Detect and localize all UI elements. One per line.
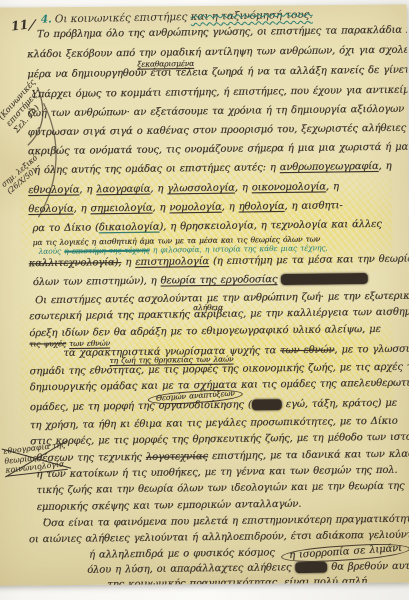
- text-segment: στις κορφές, με τις μορφές της θρησκευτι…: [30, 431, 409, 447]
- manuscript-lines: Το πρόβλημα όλο της ανθρώπινης γνώσης, ο…: [0, 4, 407, 7]
- section-title-correction: και η ταξινόμησή τους.: [191, 9, 313, 23]
- text-segment: ή όλης αυτής της ομάδας οι επιστήμες αυτ…: [34, 162, 280, 176]
- text-segment: κλάδοι ξεκόβουν από την ομαδική αντίληψη…: [27, 44, 409, 60]
- text-segment: , η: [222, 201, 239, 212]
- text-segment: και άλλες ακόμα: [281, 273, 367, 285]
- text-segment: ανθρωπογεωγραφία: [280, 161, 379, 173]
- text-segment: ακριβώς τα ονόματά τους, τις ονομάζουνε …: [28, 141, 409, 157]
- manuscript-line: της κοινωνικής πραγματικότητας, είναι πο…: [107, 576, 370, 586]
- manuscript-line: φύτρωσαν σιγά σιγά ο καθένας στον προορι…: [28, 122, 409, 139]
- text-segment: οικονομολογία: [252, 181, 326, 193]
- manuscript-paper: 11/ 4. Οι κοινωνικές επιστήμες και η ταξ…: [0, 4, 409, 585]
- text-segment: λαογραφία: [96, 184, 150, 196]
- text-segment: (η επιστήμη με τα μέσα και την θεωρία: [209, 253, 409, 267]
- text-segment: , η: [150, 183, 167, 194]
- text-segment: εσωτερική μεριά της πρακτικής ακρίβειας,…: [29, 306, 409, 322]
- text-segment: νομολογία: [169, 202, 221, 214]
- text-segment: , με το γλωσσικό: [334, 343, 409, 355]
- manuscript-line: θέσεων της τεχνικής λογοτεχνίας επιστήμη…: [36, 448, 409, 464]
- text-segment: θέσεων της τεχνικής: [36, 452, 146, 464]
- text-segment: σημειολογία: [90, 203, 152, 215]
- manuscript-line: όλου η λύση, οι απαράλλαχτες αλήθειες ακ…: [87, 560, 409, 576]
- text-segment: όλου η λύση, οι απαράλλαχτες αλήθειες: [87, 562, 295, 576]
- text-segment: η επιστήμη της τέχνης: [64, 246, 149, 256]
- manuscript-line: στις κορφές, με τις μορφές της θρησκευτι…: [30, 431, 409, 448]
- text-segment: επιστημολογία: [135, 256, 209, 268]
- text-segment: , η: [73, 203, 90, 214]
- manuscript-line: ζωή των ανθρώπων· αν εξετάσουμε τα χρόνι…: [28, 103, 409, 120]
- text-segment: των εθνών: [280, 345, 334, 357]
- text-segment: θα βρεθούν αυτό έδειξε: [327, 560, 409, 573]
- manuscript-line: Το πρόβλημα όλο της ανθρώπινης γνώσης, ο…: [37, 24, 409, 41]
- text-segment: Όσα είναι τα φαινόμενα που μελετά η επισ…: [43, 513, 409, 529]
- manuscript-line: ή όλης αυτής της ομάδας οι επιστήμες αυτ…: [34, 161, 392, 177]
- text-segment: εθνολογία: [28, 184, 79, 196]
- text-segment: η φιλοσοφία, η ιστορία της κάθε μιας τέχ…: [150, 243, 328, 254]
- text-segment: δικαιολογία: [99, 222, 160, 234]
- manuscript-line: τικής ζωής και την θεωρία όλων των ιδεολ…: [36, 481, 404, 497]
- page-number-value: 11: [10, 17, 29, 34]
- scanned-manuscript-page: { "document": { "page_number": "11", "pa…: [0, 0, 409, 600]
- text-segment: της κοινωνικής πραγματικότητας, είναι πο…: [107, 576, 370, 586]
- text-segment: μέρα να δημιουργηθούν έτσι τέλεια ζωηρά …: [27, 64, 409, 80]
- page-number-slash: /: [29, 15, 36, 34]
- manuscript-line: όρεξη ιδίων δεν θα αδράξη με το εθιμογεω…: [29, 324, 381, 340]
- section-number: 4.: [41, 13, 52, 25]
- text-segment: , η: [235, 182, 252, 193]
- text-segment: ηθολογία: [239, 201, 285, 213]
- text-segment: , η: [326, 181, 339, 192]
- text-segment: ρα το Δίκιο (: [32, 222, 98, 234]
- manuscript-line: ρα το Δίκιο (δικαιολογία), η θρησκειολογ…: [32, 219, 381, 235]
- manuscript-line: ή των κατοίκων ή τις υποθήκες, με τη γέν…: [36, 465, 397, 481]
- text-segment: , η: [152, 202, 169, 213]
- manuscript-line: ή αλληλεπιδρά με ο φυσικός κόσμος η ισορ…: [89, 545, 409, 563]
- text-segment: όλων των επιστημών), η: [33, 275, 161, 288]
- text-segment: Υπάρχει όμως το κομμάτι επιστήμης, ή επι…: [31, 84, 409, 100]
- text-segment: σημάδι της εθνότητας, με τις μορφές της …: [30, 361, 409, 377]
- text-segment: ακόμα: [295, 562, 327, 573]
- text-segment: ), η θρησκειολογία, η τεχνολογία και άλλ…: [159, 219, 381, 233]
- text-segment: η: [121, 257, 135, 268]
- manuscript-line: θεολογία, η σημειολογία, η νομολογία, η …: [28, 200, 342, 215]
- manuscript-line: ομάδες, με τη μορφή της οργανοδιοίκησης …: [30, 398, 397, 414]
- text-segment: τη χρήση, τα ήθη κι έθιμα και τις μεγάλε…: [30, 416, 398, 431]
- manuscript-line: εσωτερική μεριά της πρακτικής ακρίβειας,…: [29, 306, 409, 322]
- manuscript-line: ακριβώς τα ονόματά τους, τις ονομάζουνε …: [28, 141, 409, 157]
- manuscript-line: σημάδι της εθνότητας, με τις μορφές της …: [30, 361, 409, 377]
- text-segment: εγώ, τάξη, κράτος) με: [282, 398, 397, 410]
- text-segment: ζωή των ανθρώπων· αν εξετάσουμε τα χρόνι…: [28, 103, 409, 119]
- text-segment: Το πρόβλημα όλο της ανθρώπινης γνώσης, ο…: [37, 24, 409, 40]
- text-segment: ή αλληλεπιδρά με ο φυσικός κόσμος: [89, 547, 279, 560]
- text-segment: θεωρία της εργοδοσίας: [160, 274, 277, 286]
- text-segment: φύτρωσαν σιγά σιγά ο καθένας στον προορι…: [28, 122, 409, 138]
- text-segment: καλλιτεχνολογία),: [29, 257, 122, 269]
- text-segment: γλωσσολογία: [167, 183, 235, 195]
- text-segment: επιστήμης, με τα ιδανικά και των κλασικώ…: [208, 448, 409, 462]
- text-segment: λογοτεχνίας: [146, 451, 208, 463]
- text-segment: , η: [378, 161, 391, 172]
- text-segment: ομάδες, με τη μορφή της οργανοδιοίκησης …: [30, 399, 252, 413]
- text-segment: ή των κατοίκων ή τις υποθήκες, με τη γέν…: [36, 465, 397, 480]
- manuscript-line: τη χρήση, τα ήθη κι έθιμα και τις μεγάλε…: [30, 416, 398, 432]
- text-segment: τικής ζωής και την θεωρία όλων των ιδεολ…: [36, 481, 404, 496]
- text-segment: , η: [79, 184, 96, 195]
- page-number: 11/: [10, 14, 34, 34]
- text-segment: θεολογία: [28, 203, 73, 215]
- text-segment: λαούς: [39, 247, 65, 256]
- text-segment: όρεξη ιδίων δεν θα αδράξη με το εθιμογεω…: [29, 324, 380, 339]
- manuscript-line: εθνολογία, η λαογραφία, η γλωσσολογία, η…: [28, 181, 339, 196]
- section-title: Οι κοινωνικές επιστήμες: [55, 11, 191, 25]
- section-heading: 4. Οι κοινωνικές επιστήμες και η ταξινόμ…: [41, 9, 313, 26]
- manuscript-line: όλων των επιστημών), η θεωρία της εργοδο…: [33, 273, 368, 289]
- manuscript-line: οι αιώνιες αλήθειες γελιούνται ή αλληλοε…: [29, 529, 409, 545]
- text-segment: οι αιώνιες αλήθειες γελιούνται ή αλληλοε…: [29, 529, 409, 545]
- text-segment: εμπορικής σκέψης και των εμπορικών ανταλ…: [37, 499, 302, 513]
- manuscript-line: μέρα να δημιουργηθούν έτσι τέλεια ζωηρά …: [27, 64, 409, 80]
- text-segment: άτομο: [252, 399, 282, 410]
- text-segment: , η αισθητι-: [284, 200, 342, 212]
- manuscript-line: εμπορικής σκέψης και των εμπορικών ανταλ…: [37, 499, 302, 514]
- text-segment: τις ψυχές: [29, 339, 66, 348]
- manuscript-line: Υπάρχει όμως το κομμάτι επιστήμης, ή επι…: [31, 84, 409, 101]
- manuscript-line: κλάδοι ξεκόβουν από την ομαδική αντίληψη…: [27, 44, 409, 60]
- manuscript-line: Όσα είναι τα φαινόμενα που μελετά η επισ…: [43, 513, 409, 529]
